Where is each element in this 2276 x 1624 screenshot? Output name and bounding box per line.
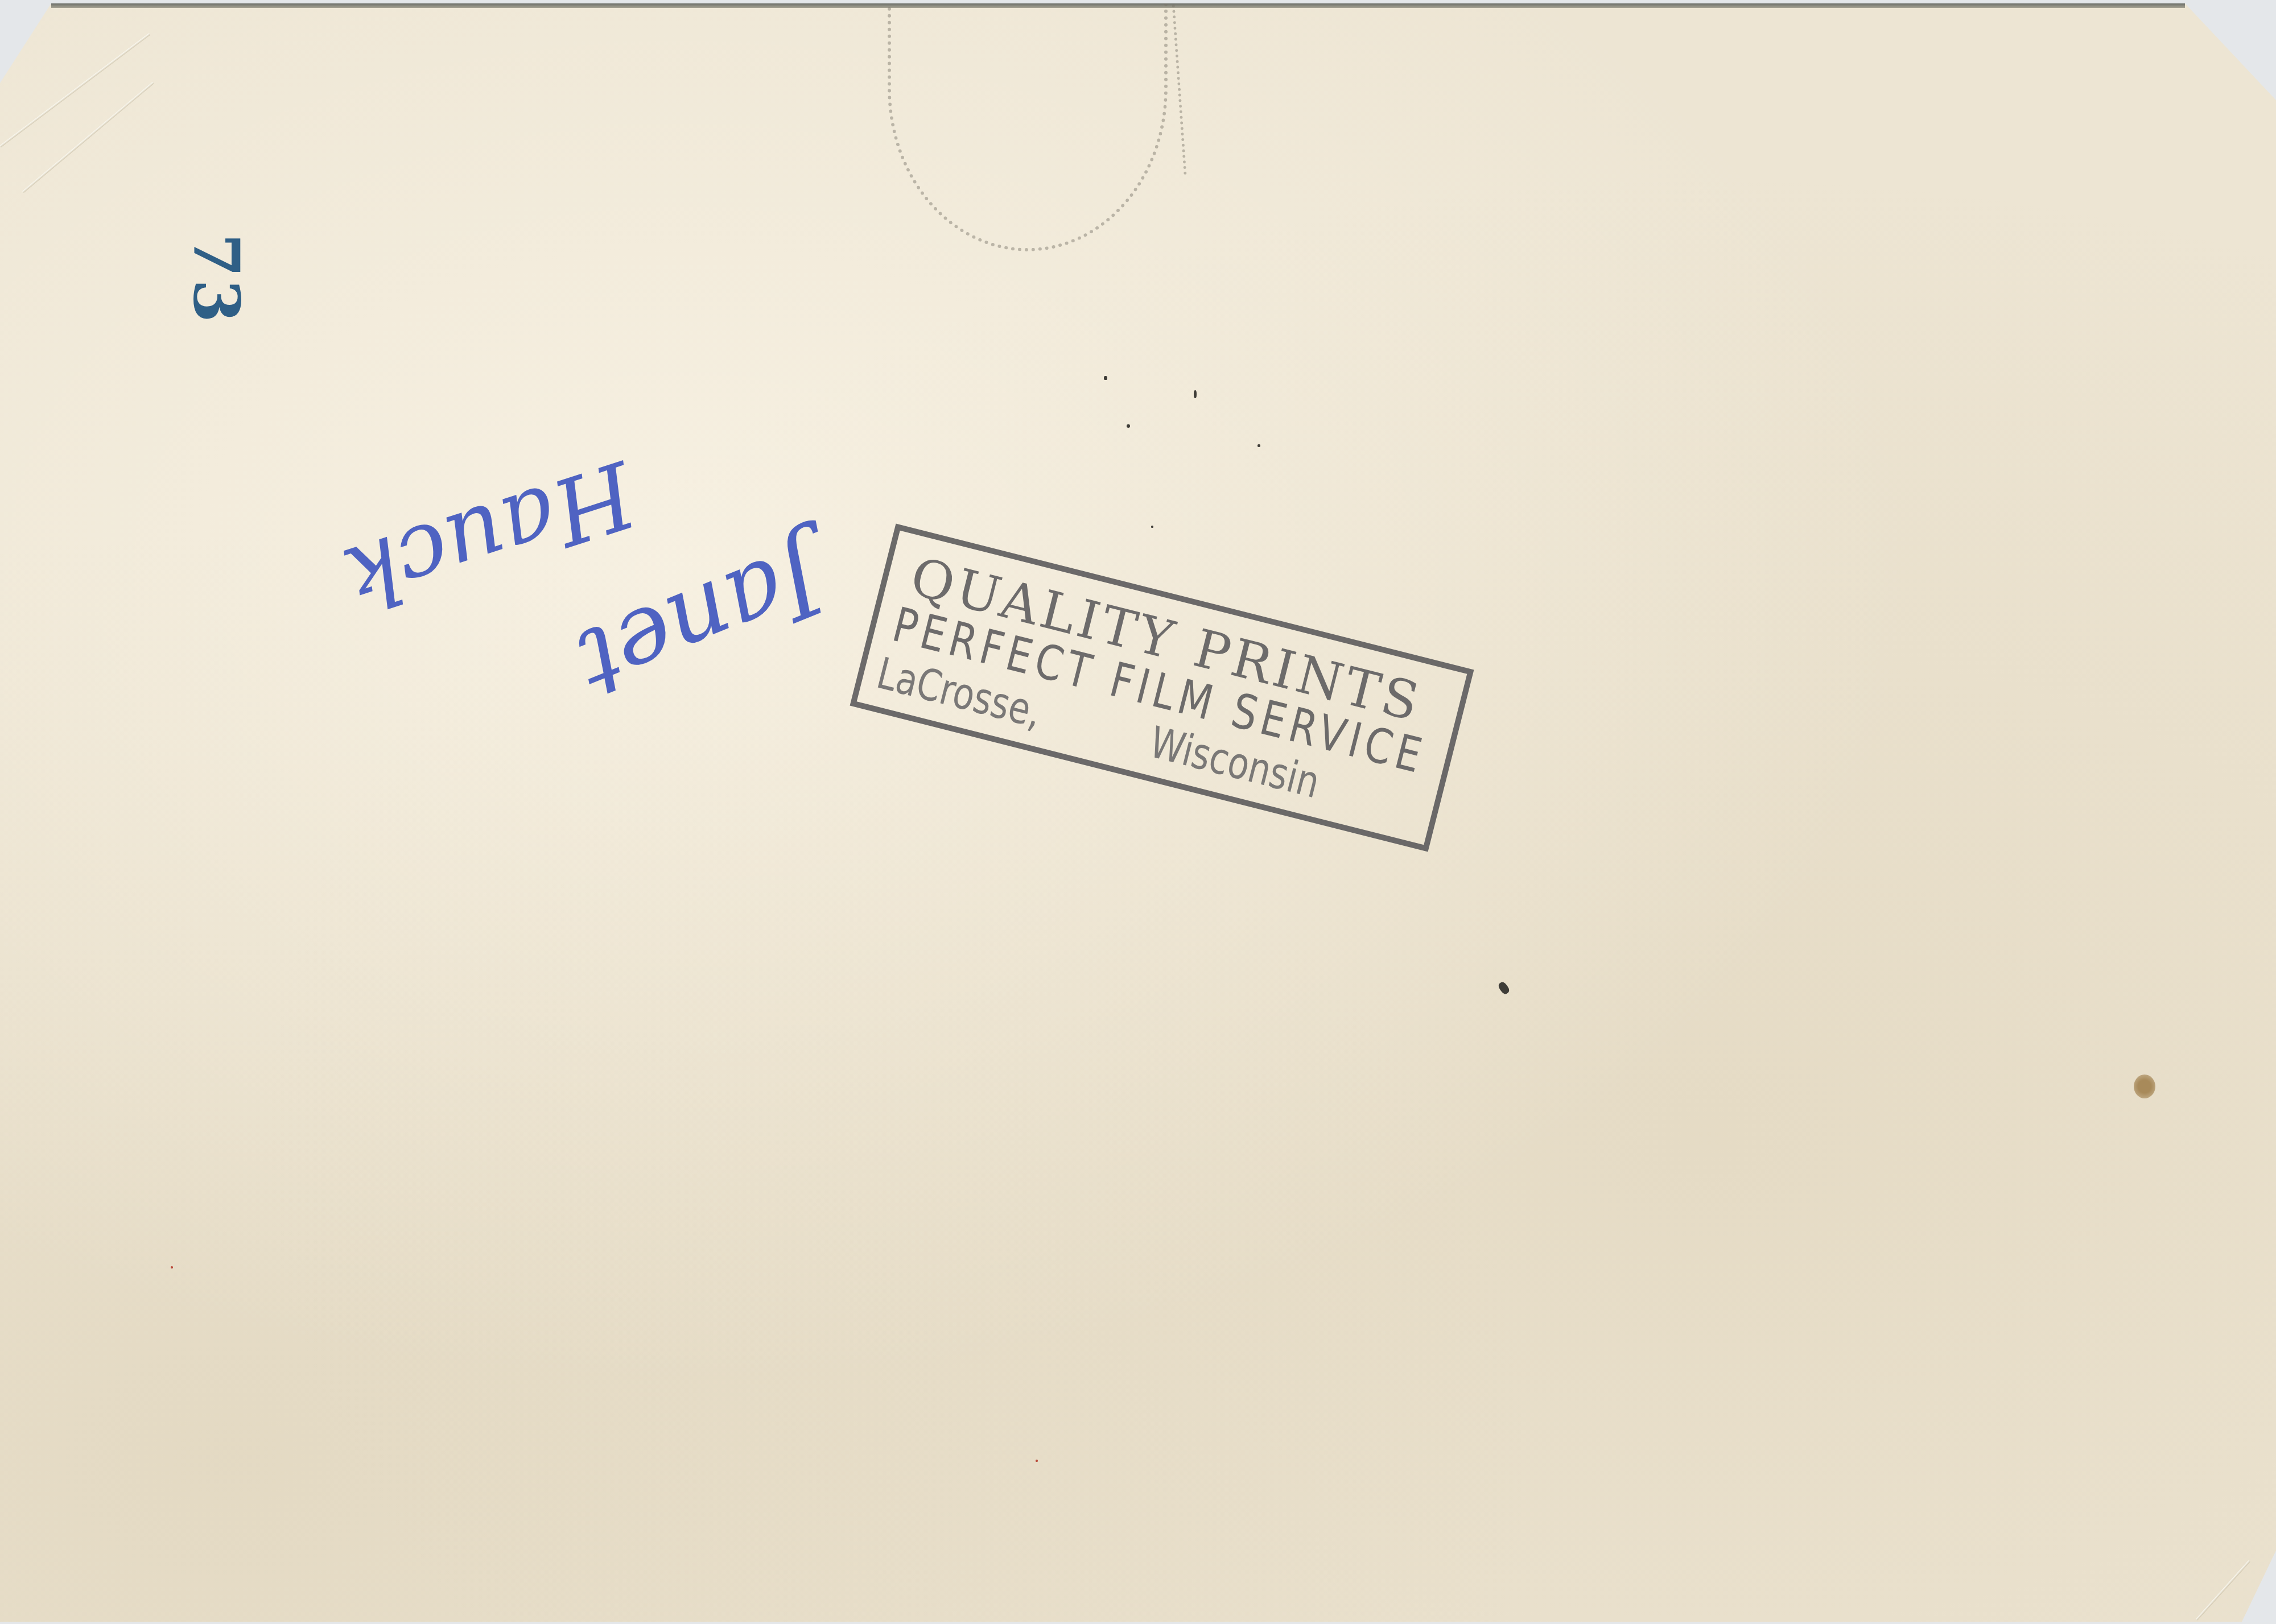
dust-speck (1194, 390, 1197, 398)
pencil-line-mark (1172, 3, 1210, 175)
dust-speck (1036, 1460, 1038, 1462)
dust-speck (1104, 376, 1107, 380)
dust-speck (1127, 424, 1130, 428)
dust-speck (1497, 981, 1511, 995)
corner-crease-top-left-2 (22, 82, 154, 193)
corner-crease-bottom-right (2196, 1560, 2251, 1621)
handwritten-signature: Janet Hauck (387, 402, 819, 640)
catalog-number: 73 (180, 234, 253, 325)
dust-speck (171, 1266, 173, 1268)
brown-stain-spot (2134, 1075, 2155, 1098)
photo-back-card: 73 Janet Hauck QUALITY PRINTS PERFECT FI… (0, 3, 2276, 1622)
corner-crease-top-left (0, 33, 151, 148)
scan-background: 73 Janet Hauck QUALITY PRINTS PERFECT FI… (0, 0, 2276, 1624)
photofinisher-stamp: QUALITY PRINTS PERFECT FILM SERVICE LaCr… (850, 524, 1474, 852)
pencil-arc-mark (888, 0, 1168, 251)
dust-speck (1151, 526, 1153, 528)
dust-speck (1257, 444, 1260, 447)
